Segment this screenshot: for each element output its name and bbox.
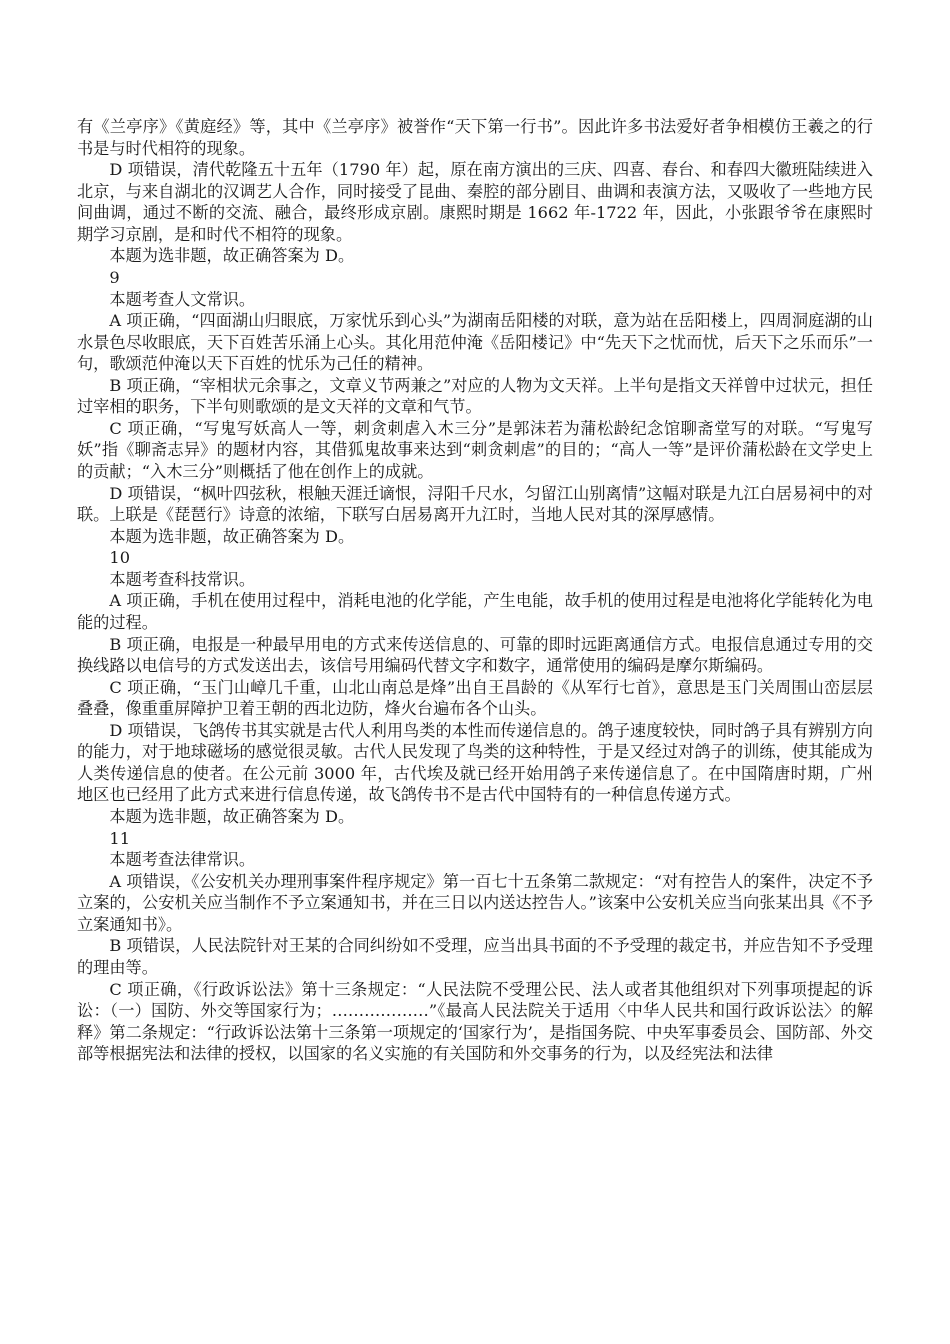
paragraph-q9-option-d: D 项错误，“枫叶四弦秋，根触天涯迁谪恨，浔阳千尺水，匀留江山别离情”这幅对联是… <box>77 483 873 526</box>
paragraph-q10-answer: 本题为选非题，故正确答案为 D。 <box>77 806 873 828</box>
paragraph-q10-option-d: D 项错误，飞鸽传书其实就是古代人利用鸟类的本性而传递信息的。鸽子速度较快，同时… <box>77 720 873 806</box>
paragraph-q9-answer: 本题为选非题，故正确答案为 D。 <box>77 526 873 548</box>
paragraph-q9-option-b: B 项正确，“宰相状元余事之，文章义节两兼之”对应的人物为文天祥。上半句是指文天… <box>77 375 873 418</box>
paragraph-q10-option-c: C 项正确，“玉门山嶂几千重，山北山南总是烽”出自王昌龄的《从军行七首》，意思是… <box>77 677 873 720</box>
paragraph-q8-c-continuation: 有《兰亭序》《黄庭经》等，其中《兰亭序》被誉作“天下第一行书”。因此许多书法爱好… <box>77 116 873 159</box>
paragraph-q11-option-c: C 项正确，《行政诉讼法》第十三条规定：“人民法院不受理公民、法人或者其他组织对… <box>77 979 873 1065</box>
paragraph-q9-option-c: C 项正确，“写鬼写妖高人一等，刺贪刺虐入木三分”是郭沫若为蒲松龄纪念馆聊斋堂写… <box>77 418 873 483</box>
paragraph-q10-topic: 本题考查科技常识。 <box>77 569 873 591</box>
paragraph-q8-answer: 本题为选非题，故正确答案为 D。 <box>77 245 873 267</box>
question-number-9: 9 <box>77 267 873 289</box>
paragraph-q11-option-a: A 项错误，《公安机关办理刑事案件程序规定》第一百七十五条第二款规定：“对有控告… <box>77 871 873 936</box>
paragraph-q9-topic: 本题考查人文常识。 <box>77 289 873 311</box>
question-number-11: 11 <box>77 828 873 850</box>
paragraph-q8-option-d: D 项错误，清代乾隆五十五年（1790 年）起，原在南方演出的三庆、四喜、春台、… <box>77 159 873 245</box>
question-number-10: 10 <box>77 547 873 569</box>
paragraph-q9-option-a: A 项正确，“四面湖山归眼底，万家忧乐到心头”为湖南岳阳楼的对联，意为站在岳阳楼… <box>77 310 873 375</box>
paragraph-q11-topic: 本题考查法律常识。 <box>77 849 873 871</box>
paragraph-q10-option-b: B 项正确，电报是一种最早用电的方式来传送信息的、可靠的即时远距离通信方式。电报… <box>77 634 873 677</box>
document-page: 有《兰亭序》《黄庭经》等，其中《兰亭序》被誉作“天下第一行书”。因此许多书法爱好… <box>77 116 873 1065</box>
paragraph-q11-option-b: B 项错误，人民法院针对王某的合同纠纷如不受理，应当出具书面的不予受理的裁定书，… <box>77 935 873 978</box>
paragraph-q10-option-a: A 项正确，手机在使用过程中，消耗电池的化学能，产生电能，故手机的使用过程是电池… <box>77 590 873 633</box>
